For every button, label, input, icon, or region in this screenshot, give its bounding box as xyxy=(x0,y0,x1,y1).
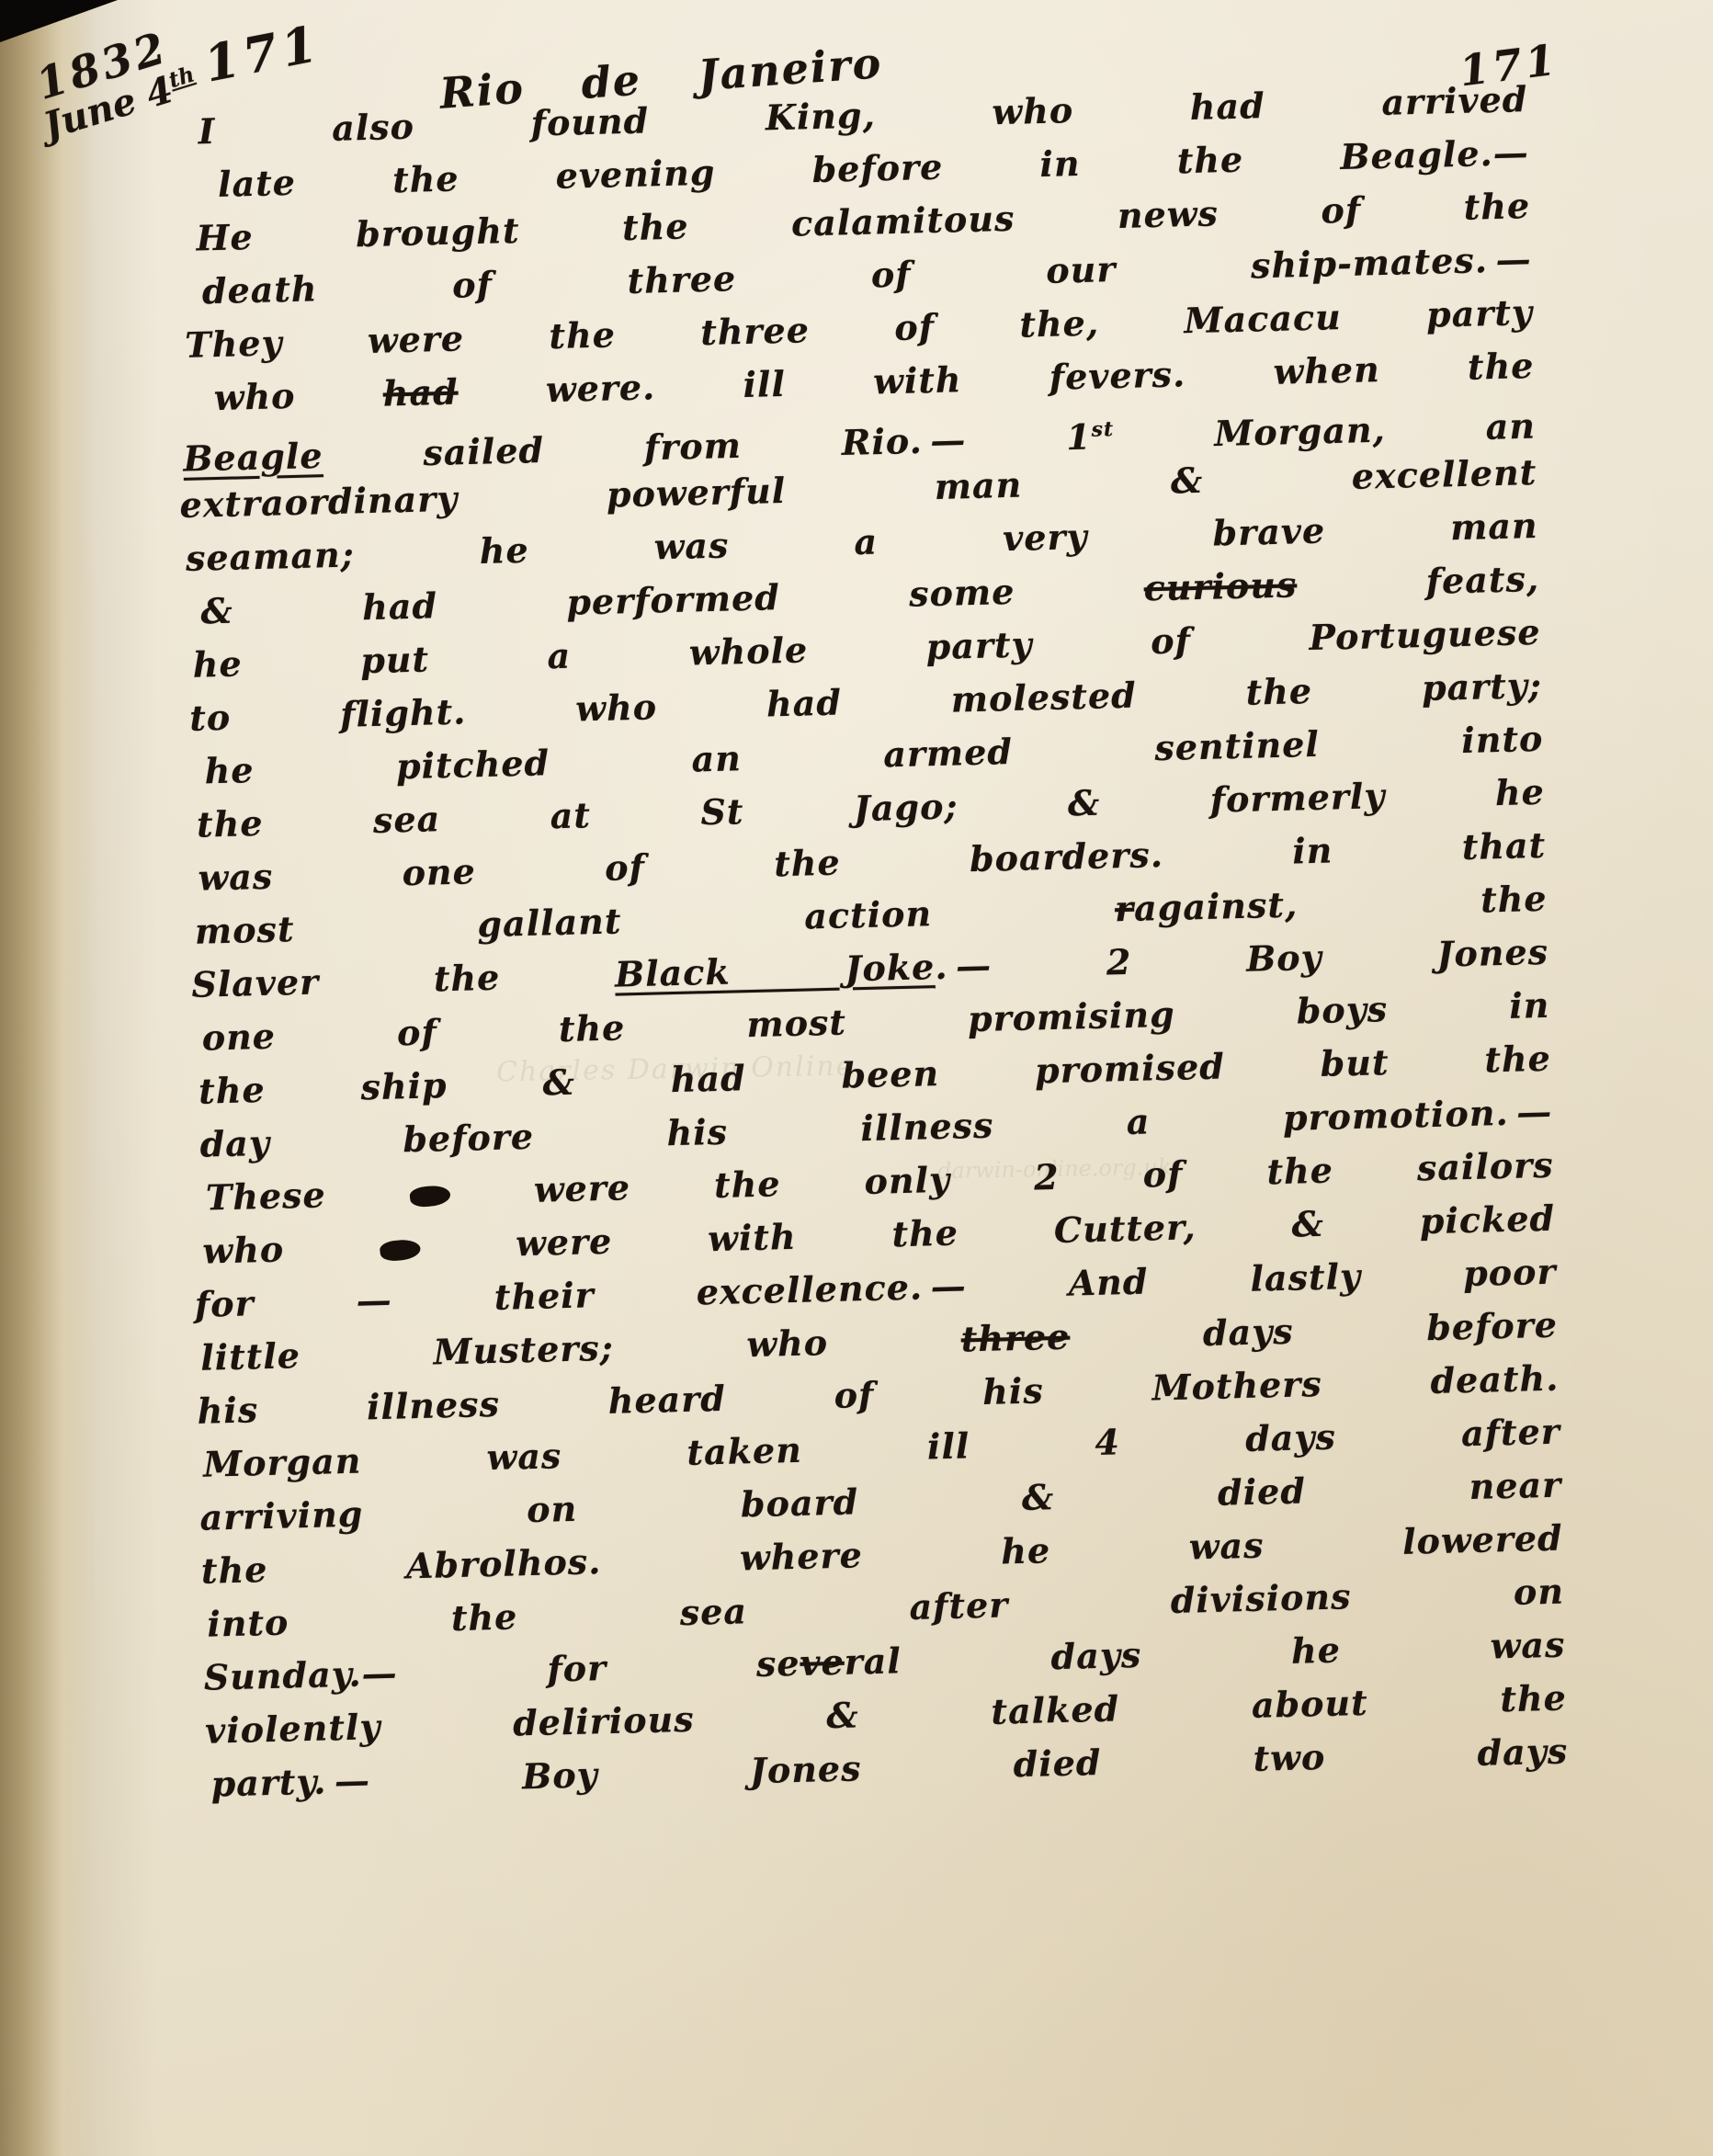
archive-watermark: Charles Darwin Online xyxy=(496,1050,855,1089)
handwritten-text: Black Joke xyxy=(614,946,935,994)
ink-blot xyxy=(379,1238,421,1263)
diary-page: 1832 June 4th 171 Rio de Janeiro 171 I a… xyxy=(0,0,1713,2156)
struck-word: ve xyxy=(800,1641,845,1684)
struck-word: had xyxy=(382,371,459,414)
manuscript-photo: 1832 June 4th 171 Rio de Janeiro 171 I a… xyxy=(0,0,1713,2156)
handwritten-text: who xyxy=(213,373,383,418)
handwritten-text: feats, xyxy=(1297,558,1540,605)
ink-blot xyxy=(409,1184,451,1208)
handwritten-text: st xyxy=(1091,417,1114,442)
handwritten-text: against, the xyxy=(1134,878,1548,929)
diary-entry-text: I also found King, who had arrivedlate t… xyxy=(138,73,1569,1811)
handwritten-text: . — 2 Boy Jones xyxy=(935,931,1549,987)
page-number-left: 171 xyxy=(199,13,326,93)
handwritten-text: Beagle xyxy=(183,435,323,480)
page-gutter xyxy=(0,0,101,2156)
handwritten-text: who xyxy=(202,1226,380,1272)
handwritten-text: These xyxy=(205,1172,410,1218)
struck-word: curious xyxy=(1143,563,1298,608)
struck-word: r xyxy=(1115,888,1135,930)
archive-url-watermark: darwin-online.org.uk xyxy=(937,1154,1172,1184)
handwritten-text: days before xyxy=(1070,1304,1559,1357)
handwritten-text: Slaver the xyxy=(191,954,616,1005)
handwritten-text: Sunday.— for se xyxy=(203,1642,800,1698)
struck-word: three xyxy=(960,1316,1071,1360)
